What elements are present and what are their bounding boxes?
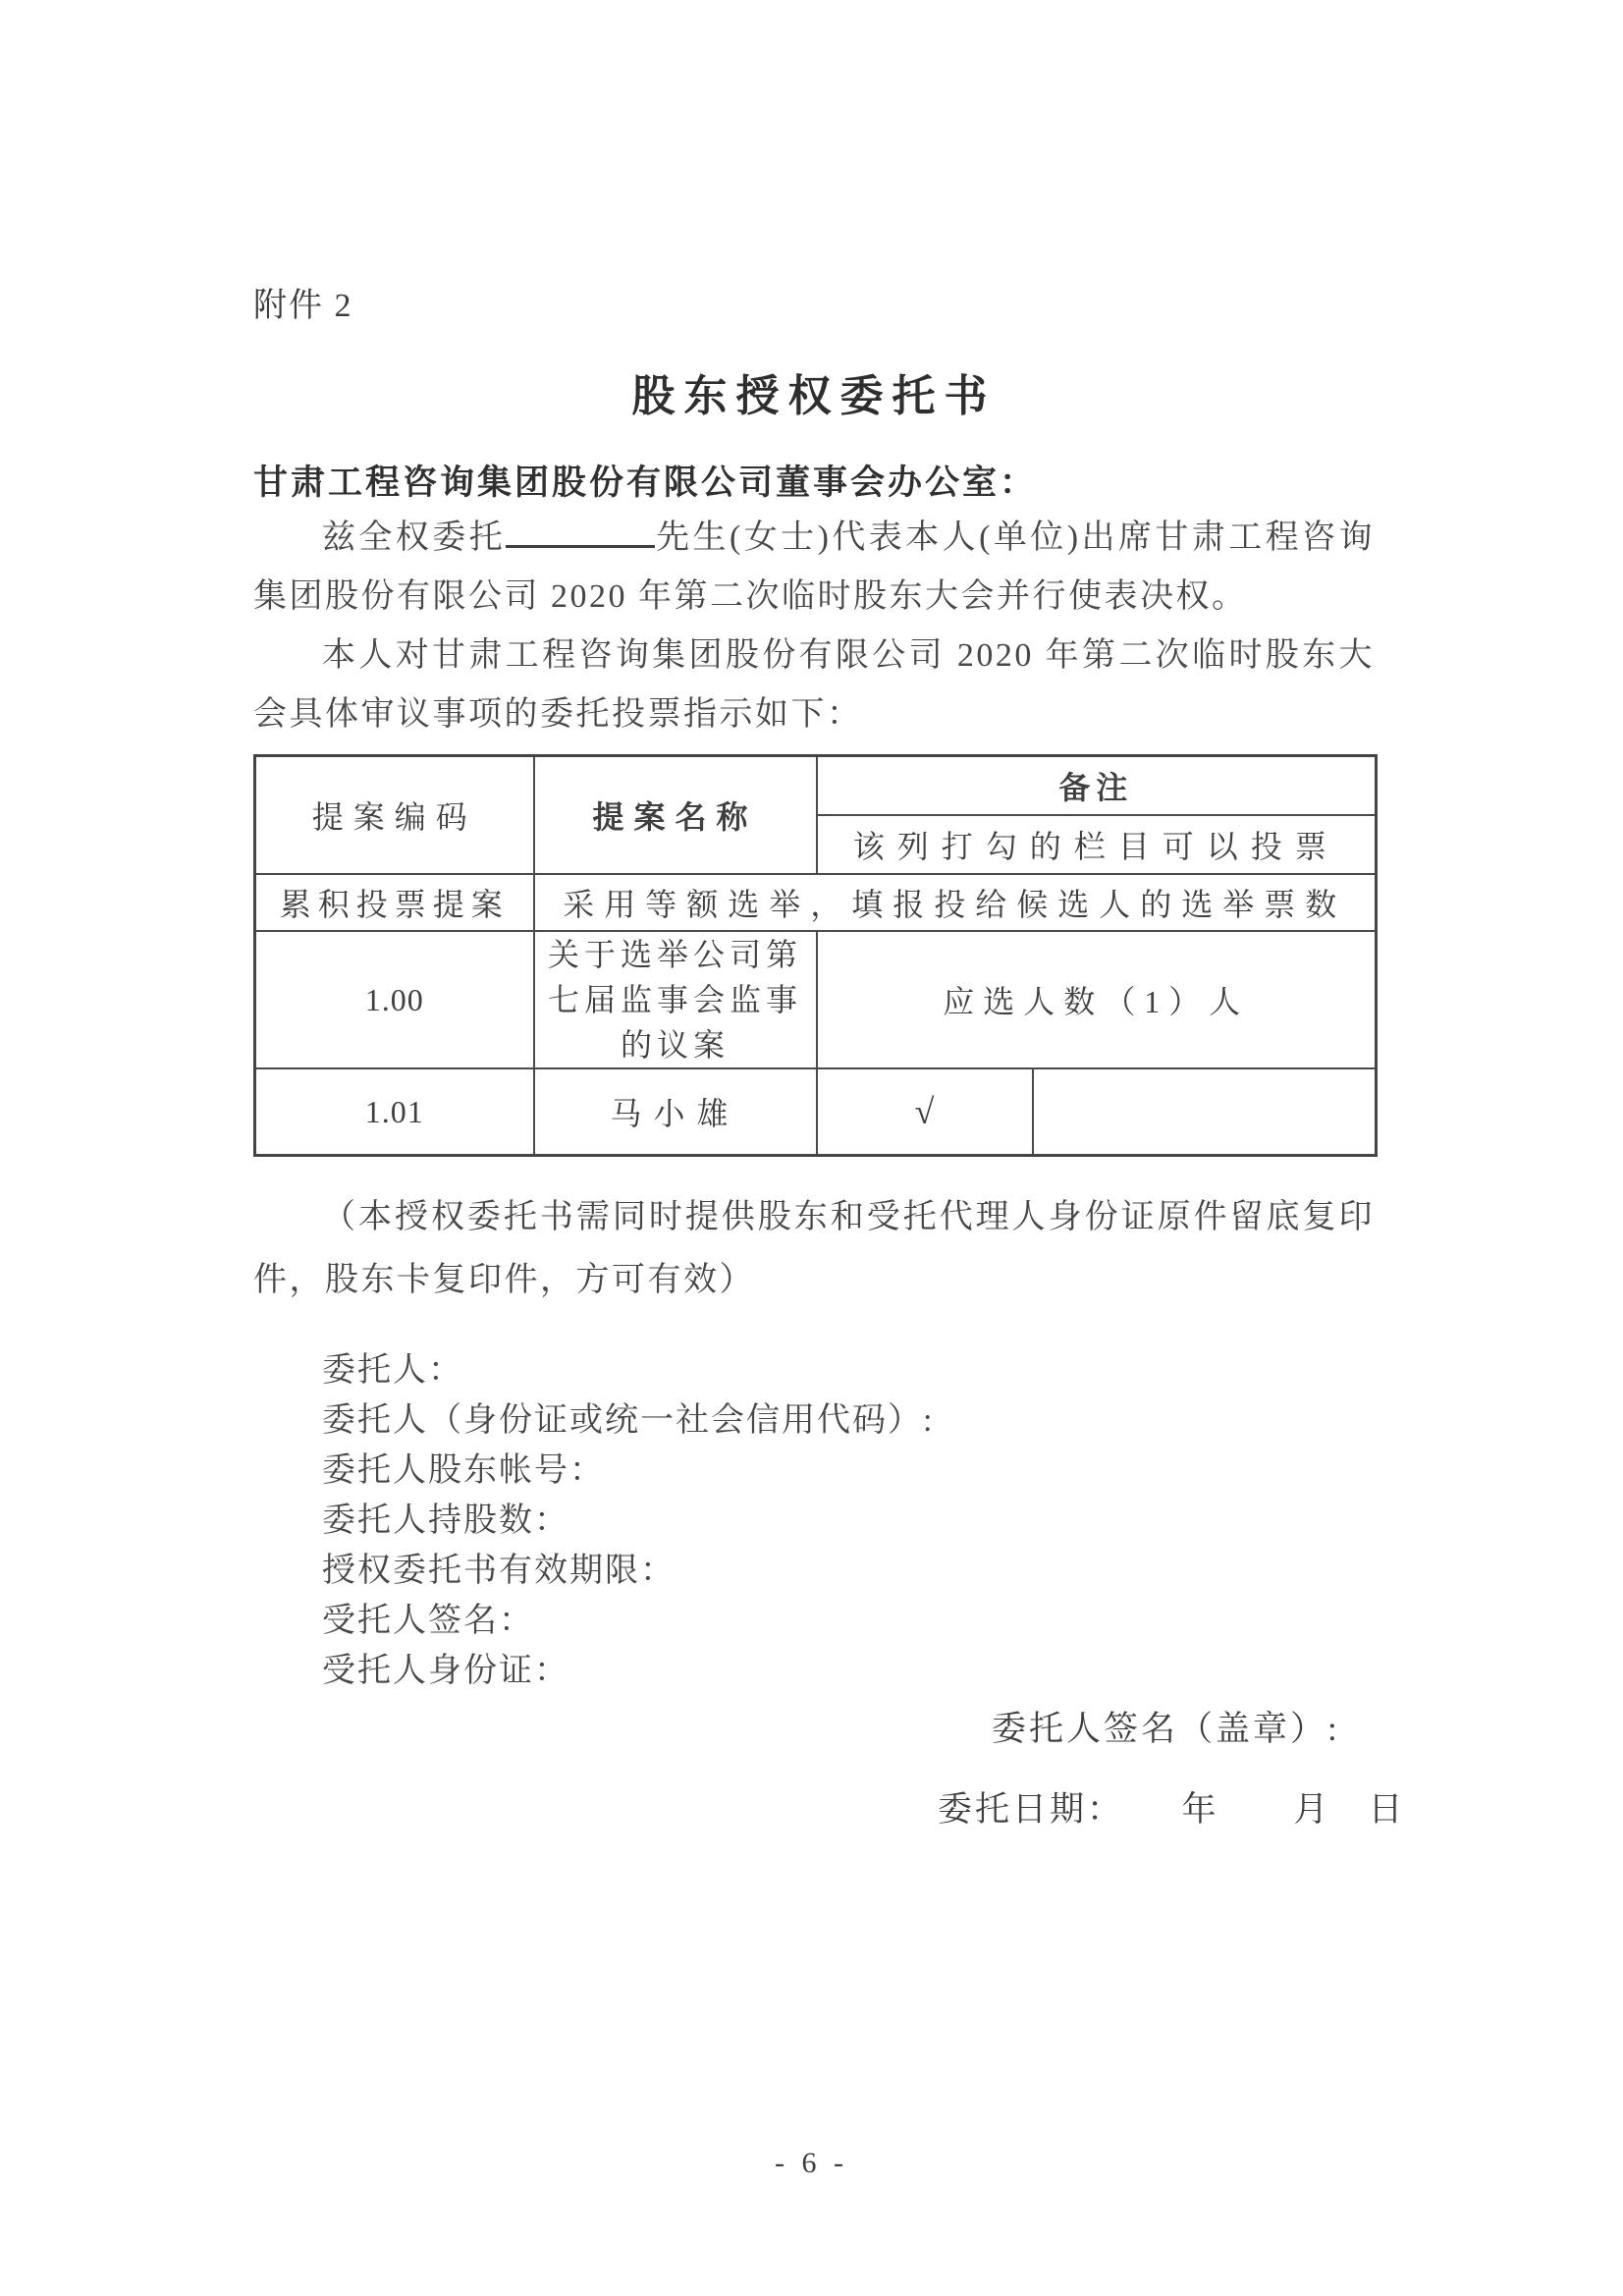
header-proposal-name: 提案名称 (534, 756, 817, 875)
table-row-candidate: 1.01 马小雄 √ (255, 1068, 1377, 1156)
field-line-shares-held: 委托人持股数： (253, 1496, 1375, 1546)
field-line-principal-id: 委托人（身份证或统一社会信用代码）: (253, 1395, 1375, 1446)
document-page: 附件 2 股东授权委托书 甘肃工程咨询集团股份有限公司董事会办公室： 兹全权委托… (0, 0, 1623, 2296)
proposal-remark-cell: 应选人数（1）人 (817, 931, 1377, 1068)
field-line-validity-period: 授权委托书有效期限： (253, 1546, 1375, 1596)
table-row-cumulative: 累积投票提案 采用等额选举，填报投给候选人的选举票数 (255, 874, 1377, 931)
header-remark: 备注 (817, 756, 1377, 816)
instruction-paragraph: 本人对甘肃工程咨询集团股份有限公司 2020 年第二次临时股东大会具体审议事项的… (253, 627, 1375, 744)
attachment-label: 附件 2 (253, 0, 1375, 326)
fill-in-fields: 委托人： 委托人（身份证或统一社会信用代码）: 委托人股东帐号： 委托人持股数：… (253, 1345, 1375, 1696)
header-proposal-code: 提案编码 (255, 756, 534, 875)
principal-signature-label: 委托人签名（盖章）: (992, 1706, 1375, 1753)
candidate-code-cell: 1.01 (255, 1068, 534, 1156)
field-line-trustee-id: 受托人身份证： (253, 1646, 1375, 1696)
document-content: 附件 2 股东授权委托书 甘肃工程咨询集团股份有限公司董事会办公室： 兹全权委托… (253, 0, 1375, 1833)
delegation-prefix: 兹全权委托 (322, 519, 506, 556)
proposal-code-cell: 1.00 (255, 931, 534, 1068)
table-header-row: 提案编码 提案名称 备注 (255, 756, 1377, 816)
cumulative-label: 累积投票提案 (255, 874, 534, 931)
page-number: - 6 - (0, 2147, 1623, 2180)
candidate-name-cell: 马小雄 (534, 1068, 817, 1156)
field-line-trustee-signature: 受托人签名： (253, 1596, 1375, 1646)
body-paragraphs: 兹全权委托先生(女士)代表本人(单位)出席甘肃工程咨询集团股份有限公司 2020… (253, 509, 1375, 744)
field-line-principal: 委托人： (253, 1345, 1375, 1395)
table-row-proposal: 1.00 关于选举公司第七届监事会监事的议案 应选人数（1）人 (255, 931, 1377, 1068)
proposal-name-cell: 关于选举公司第七届监事会监事的议案 (534, 931, 817, 1068)
vote-check-mark: √ (817, 1068, 1033, 1156)
page-title: 股东授权委托书 (253, 369, 1375, 424)
cumulative-description: 采用等额选举，填报投给候选人的选举票数 (534, 874, 1377, 931)
delegation-date-line: 委托日期： 年 月 日 (938, 1786, 1375, 1833)
parenthetical-note: （本授权委托书需同时提供股东和受托代理人身份证原件留底复印件，股东卡复印件，方可… (253, 1186, 1375, 1312)
field-line-shareholder-account: 委托人股东帐号： (253, 1446, 1375, 1496)
voting-instruction-table: 提案编码 提案名称 备注 该列打勾的栏目可以投票 累积投票提案 采用等额选举，填… (253, 754, 1378, 1157)
delegation-paragraph: 兹全权委托先生(女士)代表本人(单位)出席甘肃工程咨询集团股份有限公司 2020… (253, 509, 1375, 627)
header-remark-note: 该列打勾的栏目可以投票 (817, 815, 1377, 874)
vote-empty-cell (1033, 1068, 1377, 1156)
delegate-name-blank (506, 516, 655, 548)
recipient-line: 甘肃工程咨询集团股份有限公司董事会办公室： (253, 462, 1375, 505)
